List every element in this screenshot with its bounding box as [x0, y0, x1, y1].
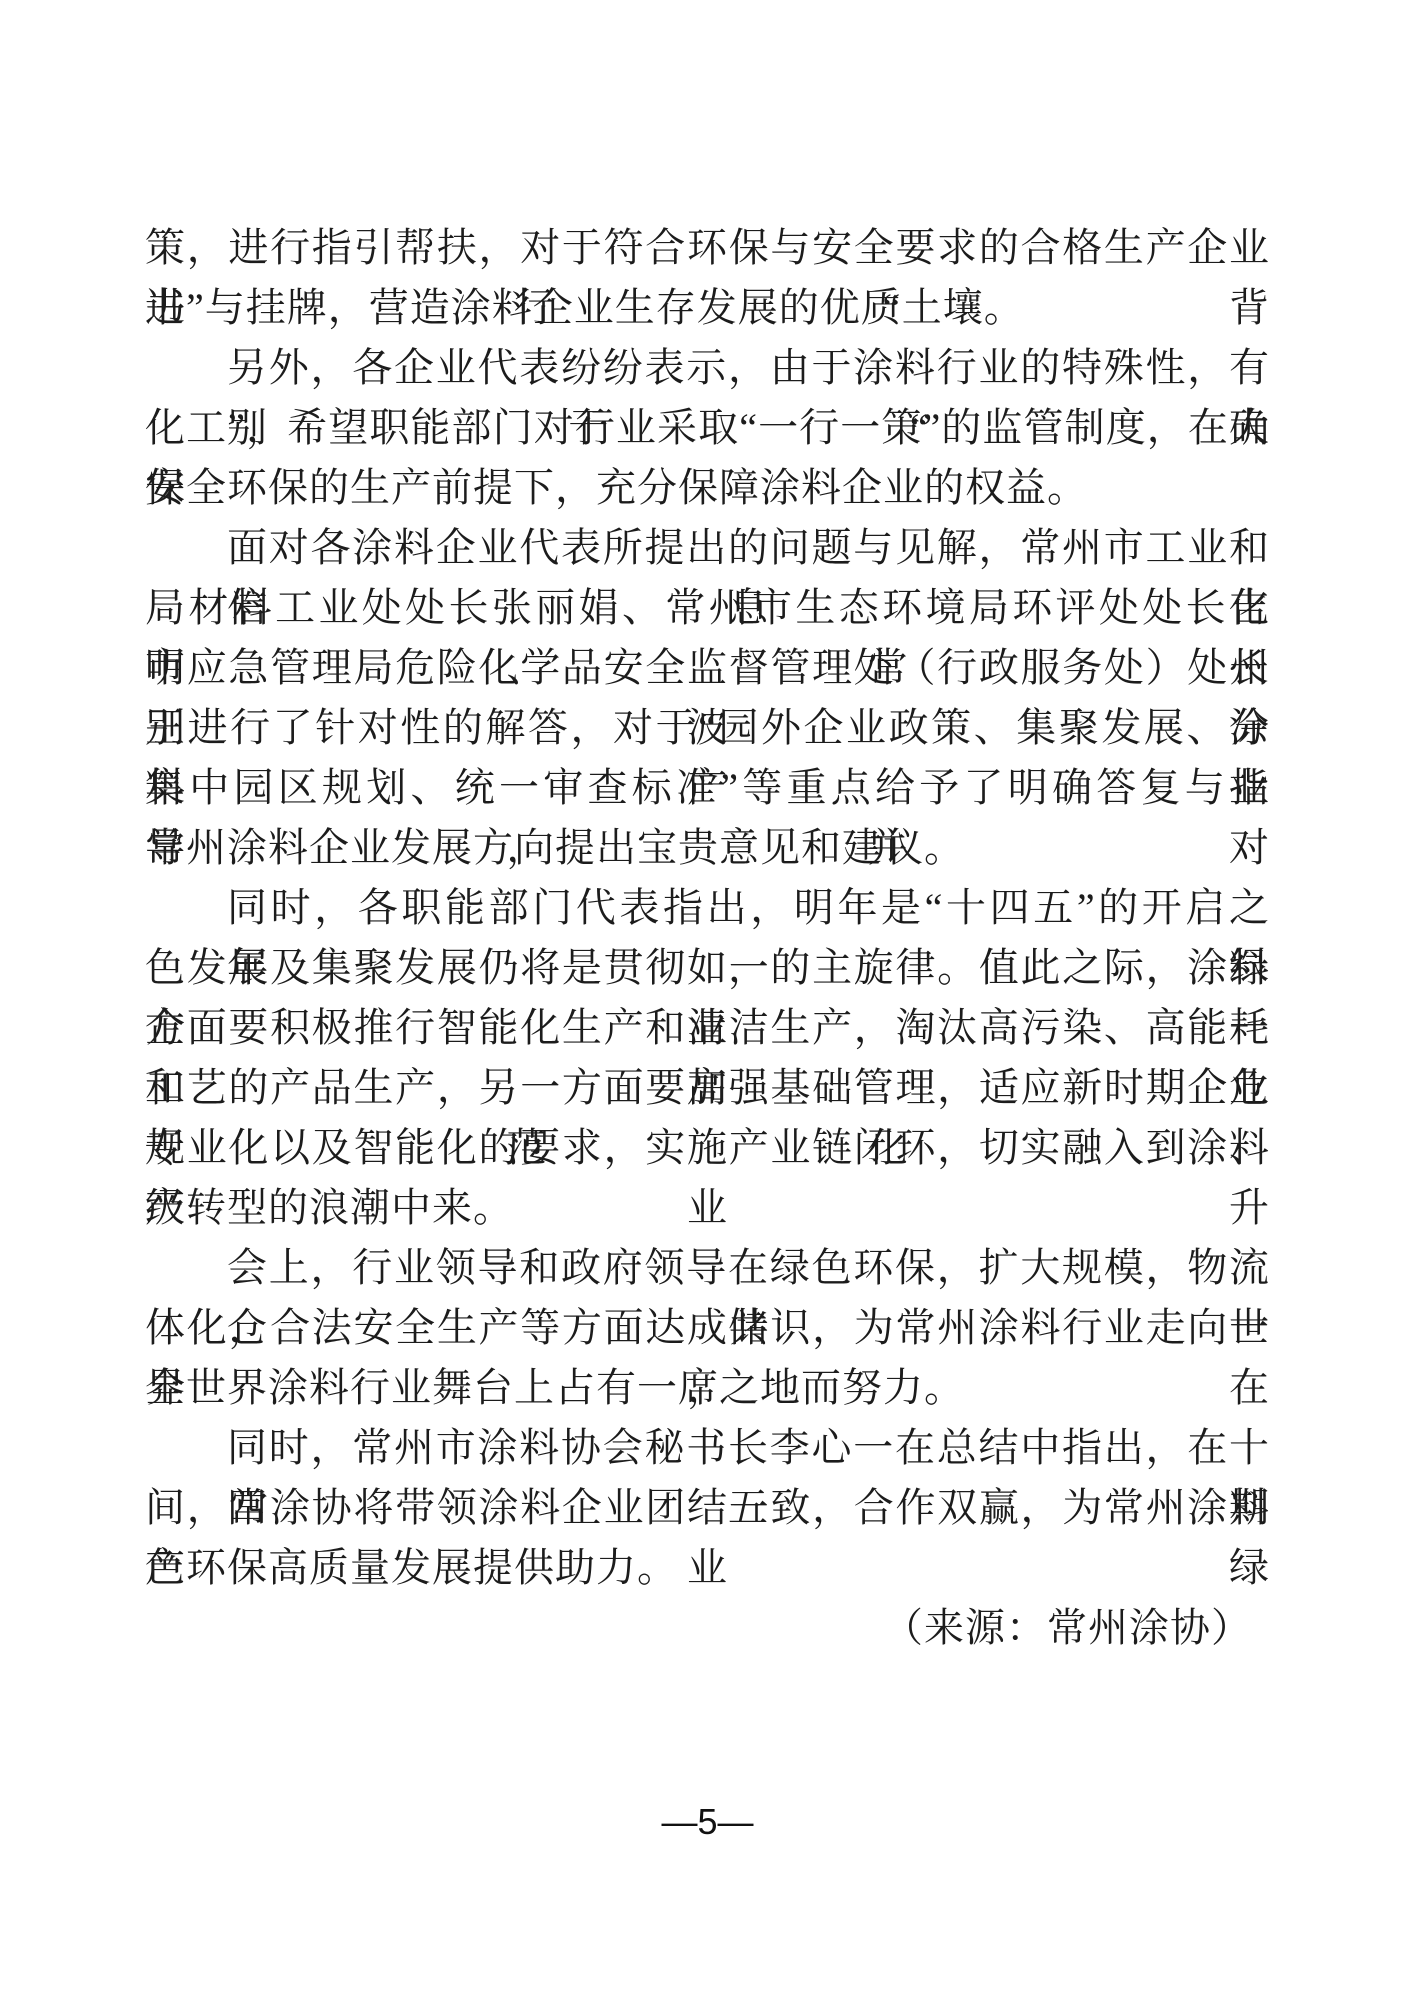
text-line: 间，常涂协将带领涂料企业团结一致，合作双赢，为常州涂料产业绿 [145, 1478, 1270, 1538]
text-line: 化工”，希望职能部门对行业采取“一行一策”的监管制度，在确保 [145, 398, 1270, 458]
text-line: 方面要积极推行智能化生产和清洁生产，淘汰高污染、高能耗和高危 [145, 998, 1270, 1058]
paragraph-lines: 策，进行指引帮扶，对于符合环保与安全要求的合格生产企业进行“背书”与挂牌，营造涂… [145, 218, 1270, 1598]
text-line: 策，进行指引帮扶，对于符合环保与安全要求的合格生产企业进行“背 [145, 218, 1270, 278]
document-page: 策，进行指引帮扶，对于符合环保与安全要求的合格生产企业进行“背书”与挂牌，营造涂… [0, 0, 1415, 2000]
text-line: 局材料工业处处长张丽娟、常州市生态环境局环评处处长吉明、常州 [145, 578, 1270, 638]
text-line: 工艺的产品生产，另一方面要加强基础管理，适应新时期企业规范化、 [145, 1058, 1270, 1118]
text-line: 体化，合法安全生产等方面达成共识，为常州涂料行业走向世界，在 [145, 1298, 1270, 1358]
source-attribution: （来源：常州涂协） [145, 1598, 1270, 1658]
text-line: 同时，常州市涂料协会秘书长李心一在总结中指出，在十四五期 [145, 1418, 1270, 1478]
text-line: 会上，行业领导和政府领导在绿色环保，扩大规模，物流仓储一 [145, 1238, 1270, 1298]
page-number: —5— [0, 1800, 1415, 1844]
text-line: 专业化以及智能化的要求，实施产业链闭环，切实融入到涂料产业升 [145, 1118, 1270, 1178]
text-line: 色发展及集聚发展仍将是贯彻如一的主旋律。值此之际，涂料企业一 [145, 938, 1270, 998]
text-line: 另外，各企业代表纷纷表示，由于涂料行业的特殊性，有别于“大 [145, 338, 1270, 398]
text-line: 市应急管理局危险化学品安全监督管理处（行政服务处）处长王波分 [145, 638, 1270, 698]
text-line: 集中园区规划、统一审查标准”等重点给予了明确答复与指导，并对 [145, 758, 1270, 818]
text-line: 同时，各职能部门代表指出，明年是“十四五”的开启之年，绿 [145, 878, 1270, 938]
document-body: 策，进行指引帮扶，对于符合环保与安全要求的合格生产企业进行“背书”与挂牌，营造涂… [145, 218, 1270, 1658]
text-line: 安全环保的生产前提下，充分保障涂料企业的权益。 [145, 458, 1270, 518]
text-line: 面对各涂料企业代表所提出的问题与见解，常州市工业和信息化 [145, 518, 1270, 578]
text-line: 别进行了针对性的解答，对于“园外企业政策、集聚发展、涂料产业 [145, 698, 1270, 758]
